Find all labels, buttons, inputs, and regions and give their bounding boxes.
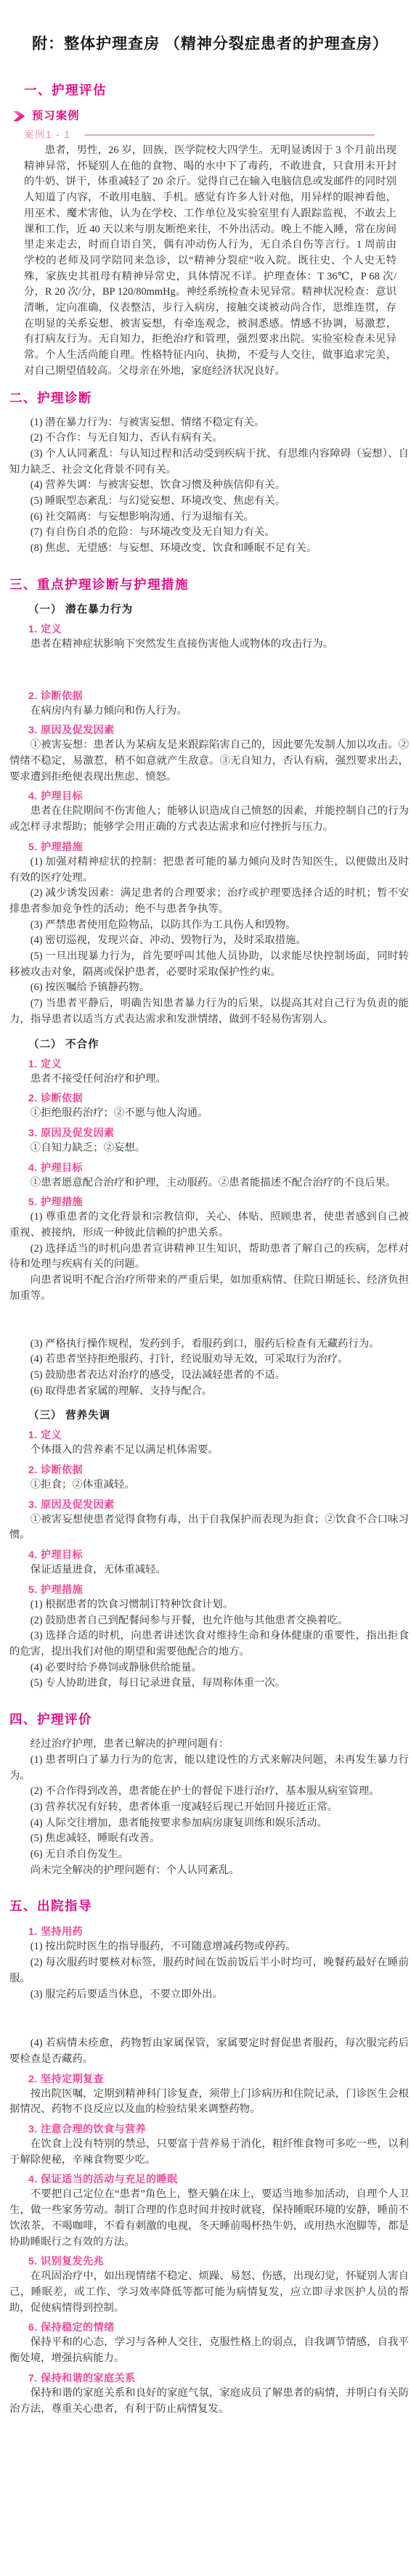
paragraph: 在巩固治疗中，如出现情绪不稳定、烦躁、易怒、伤感，出现幻觉，怀疑别人害自己，睡眠… <box>9 2269 409 2316</box>
subsection-heading: （三） 营养失调 <box>9 1408 409 1424</box>
paragraph: (6) 取得患者家属的理解、支持与配合。 <box>9 1384 409 1400</box>
item-heading: 5. 护理措施 <box>9 1581 409 1597</box>
paragraph: 患者在精神症状影响下突然发生直接伤害他人或物体的攻击行为。 <box>9 637 409 653</box>
paragraph: (8) 焦虑、无望感：与妄想、环境改变、饮食和睡眠不足有关。 <box>9 541 409 557</box>
page-1: 附：整体护理查房 （精神分裂症患者的护理查房）一、护理评估预习案例案例1 - 1… <box>0 0 411 380</box>
paragraph: 不要把自己定位在“患者”角色上，整天躺在床上，要适当地参加活动，自理个人卫生，做… <box>9 2187 409 2250</box>
paragraph: (7) 有自伤自杀的危险：与环境改变及无自知力有关。 <box>9 525 409 541</box>
section-heading: 二、护理诊断 <box>9 389 409 407</box>
paragraph: (3) 营养状况有好转，患者体重一度减轻后现已开始回升接近正常。 <box>9 1800 409 1816</box>
paragraph: 保证适量进食，无体重减轻。 <box>9 1562 409 1578</box>
page-break-gap <box>9 2002 409 2036</box>
item-heading: 1. 坚持用药 <box>9 1923 409 1939</box>
item-heading: 3. 注意合理的饮食与营养 <box>9 2121 409 2137</box>
paragraph: (4) 若患者坚持拒绝服药、打针，经说服劝导无效，可采取行为治疗。 <box>9 1352 409 1368</box>
paragraph: (7) 当患者平静后，明确告知患者暴力行为的后果，以提高其对自己行为负责的能力，… <box>9 996 409 1027</box>
paragraph: (2) 选择适当的时机向患者宣讲精神卫生知识，帮助患者了解自己的疾病，怎样对待和… <box>9 1242 409 1273</box>
page-break-gap <box>9 1305 409 1337</box>
paragraph: 患者不接受任何治疗和护理。 <box>9 1072 409 1088</box>
item-heading: 2. 诊断依据 <box>9 688 409 704</box>
paragraph: (4) 营养失调：与被害妄想、饮食习惯及种族信仰有关。 <box>9 478 409 494</box>
paragraph: (2) 不合作：与无自知力、否认有病有关。 <box>9 431 409 447</box>
case-label: 预习案例 <box>32 110 80 123</box>
paragraph: (4) 必要时给予鼻饲或静脉供给能量。 <box>9 1660 409 1676</box>
paragraph: 患者，男性，26 岁，回族，医学院校大四学生。无明显诱因于 3 个月前出现精神异… <box>24 143 396 380</box>
paragraph: ①自知力缺乏；②妄想。 <box>9 1141 409 1157</box>
item-heading: 3. 原因及促发因素 <box>9 722 409 738</box>
paragraph: 在饮食上没有特别的禁忌，只要富于营养易于消化，粗纤维食物可多吃一些，以利于解除便… <box>9 2137 409 2168</box>
paragraph: (1) 潜在暴力行为：与被害妄想、情绪不稳定有关。 <box>9 415 409 431</box>
paragraph: (6) 社交隔离：与妄想影响沟通、行为退缩有关。 <box>9 510 409 526</box>
item-heading: 3. 原因及促发因素 <box>9 1125 409 1141</box>
item-heading: 1. 定义 <box>9 621 409 637</box>
item-heading: 2. 坚持定期复查 <box>9 2071 409 2087</box>
item-heading: 5. 护理措施 <box>9 839 409 855</box>
paragraph: (1) 根据患者的饮食习惯制订特种饮食计划。 <box>9 1597 409 1613</box>
paragraph: (3) 服完药后要适当休息，不要立即外出。 <box>9 1987 409 2003</box>
paragraph: (6) 按医嘱给予镇静药物。 <box>9 980 409 996</box>
item-heading: 5. 识别复发先兆 <box>9 2253 409 2269</box>
paragraph: (4) 若病情未痊愈，药物暂由家属保管，家属要定时督促患者服药，每次服完药后要检… <box>9 2036 409 2067</box>
item-heading: 4. 护理目标 <box>9 1546 409 1562</box>
case-number-row: 案例1 - 1 <box>24 129 396 141</box>
arrow-right-icon <box>13 111 25 121</box>
paragraph: (5) 焦虑减轻、睡眠有改善。 <box>9 1831 409 1847</box>
paragraph: ①拒绝服药治疗；②不愿与他人沟通。 <box>9 1106 409 1122</box>
paragraph: (4) 人际交往增加，患者能按要求参加病房康复训练和娱乐活动。 <box>9 1816 409 1832</box>
paragraph: 在病房内有暴力倾向和伤人行为。 <box>9 704 409 720</box>
paragraph: 患者在住院期间不伤害他人；能够认识造成自己愤怒的因素，并能控制自己的行为或怎样寻… <box>9 804 409 835</box>
paragraph: (3) 严格执行操作规程，发药到手，看服药到口，服药后检查有无藏药行为。 <box>9 1337 409 1353</box>
case-number: 案例1 - 1 <box>24 129 71 141</box>
subsection-heading: （一） 潜在暴力行为 <box>9 602 409 618</box>
paragraph: (3) 个人认同紊乱：与认知过程和活动受到疾病干扰、有思维内容障碍（妄想）、自知… <box>9 447 409 478</box>
paragraph: (1) 按出院时医生的指导服药，不可随意增减药物或停药。 <box>9 1939 409 1955</box>
paragraph: ①被害妄想：患者认为某病友是来跟踪陷害自己的，因此要先发制人加以攻击。②情绪不稳… <box>9 738 409 785</box>
paragraph: (2) 不合作得到改善，患者能在护士的督促下进行治疗，基本服从病室管理。 <box>9 1784 409 1800</box>
paragraph: 保持平和的心态，学习与各种人交往，克服性格上的弱点，自我调节情感，自我平衡处境，… <box>9 2335 409 2366</box>
section-heading: 四、护理评价 <box>9 1711 409 1728</box>
paragraph: ①被害妄想使患者觉得食物有毒，出于自我保护而表现为拒食；②饮食不合口味习惯。 <box>9 1512 409 1544</box>
item-heading: 1. 定义 <box>9 1056 409 1072</box>
paragraph: (2) 减少诱发因素：满足患者的合理要求；治疗或护理要选择合适的时机；暂不安排患… <box>9 886 409 917</box>
paragraph: (5) 一旦出现暴力行为，首先要呼叫其他人员协助，以求能尽快控制场面，同时转移被… <box>9 949 409 980</box>
item-heading: 3. 原因及促发因素 <box>9 1496 409 1512</box>
item-heading: 2. 诊断依据 <box>9 1090 409 1106</box>
paragraph: (3) 严禁患者使用危险物品，以防其作为工具伤人和毁物。 <box>9 918 409 934</box>
paragraph: 向患者说明不配合治疗所带来的严重后果，如加重病情、住院日期延长、经济负担加重等。 <box>9 1273 409 1304</box>
item-heading: 4. 护理目标 <box>9 788 409 804</box>
item-heading: 4. 保证适当的活动与充足的睡眠 <box>9 2171 409 2187</box>
paragraph: (4) 密切巡视，发现兴奋、冲动、毁物行为，及时采取措施。 <box>9 933 409 949</box>
item-heading: 1. 定义 <box>9 1427 409 1443</box>
paragraph: (1) 加强对精神症状的控制：把患者可能的暴力倾向及时告知医生，以便做出及时有效… <box>9 855 409 886</box>
page-2: 二、护理诊断(1) 潜在暴力行为：与被害妄想、情绪不稳定有关。(2) 不合作：与… <box>0 389 411 2418</box>
doc-title: 附：整体护理查房 （精神分裂症患者的护理查房） <box>24 33 396 55</box>
paragraph: (2) 每次服药时要核对标签，服药时间在饭前饭后半小时均可，晚餐药最好在睡前服。 <box>9 1955 409 1986</box>
preview-case-row: 预习案例 <box>13 110 396 123</box>
item-heading: 4. 护理目标 <box>9 1159 409 1175</box>
paragraph: (1) 患者明白了暴力行为的危害，能以建设性的方式来解决问题，未再发生暴力行为。 <box>9 1753 409 1784</box>
paragraph: (2) 鼓励患者自己到配餐间参与开餐，也允许他与其他患者交换着吃。 <box>9 1613 409 1629</box>
paragraph: ①患者愿意配合治疗和护理，主动服药。②患者能描述不配合治疗的不良后果。 <box>9 1175 409 1191</box>
paragraph: (1) 尊重患者的文化背景和宗教信仰，关心、体贴、照顾患者，使患者感到自己被重视… <box>9 1210 409 1241</box>
paragraph: (5) 鼓励患者表达对治疗的感受，设法减轻患者的不适。 <box>9 1368 409 1384</box>
paragraph: ①拒食；②体重减轻。 <box>9 1477 409 1493</box>
page-break-gap <box>9 653 409 685</box>
item-heading: 7. 保持和谐的家庭关系 <box>9 2370 409 2386</box>
paragraph: 尚未完全解决的护理问题有：个人认同紊乱。 <box>9 1863 409 1879</box>
paragraph: 个体摄入的营养素不足以满足机体需要。 <box>9 1443 409 1459</box>
paragraph: (6) 无自杀自伤发生。 <box>9 1847 409 1863</box>
paragraph: (5) 睡眠型态紊乱：与幻觉妄想、环境改变、焦虑有关。 <box>9 494 409 510</box>
paragraph: 保持和谐的家庭关系和良好的家庭气氛，家庭成员了解患者的病情，并明白有关防治方法，… <box>9 2386 409 2417</box>
document: 附：整体护理查房 （精神分裂症患者的护理查房）一、护理评估预习案例案例1 - 1… <box>0 0 411 2417</box>
paragraph: (3) 选择合适的时机，向患者讲述饮食对维持生命和身体健康的重要性，指出拒食的危… <box>9 1629 409 1660</box>
paragraph: (5) 专人协助进食，每日记录进食量，每周称体重一次。 <box>9 1676 409 1692</box>
subsection-heading: （二） 不合作 <box>9 1037 409 1053</box>
section-heading: 五、出院指导 <box>9 1897 409 1915</box>
paragraph: 按出院医嘱，定期到精神科门诊复查，须带上门诊病历和住院记录，门诊医生会根据情况、… <box>9 2087 409 2118</box>
section-heading: 一、护理评估 <box>24 81 396 99</box>
paragraph: 经过治疗护理，患者已解决的护理问题有： <box>9 1737 409 1753</box>
item-heading: 2. 诊断依据 <box>9 1462 409 1477</box>
item-heading: 5. 护理措施 <box>9 1194 409 1210</box>
section-heading: 三、重点护理诊断与护理措施 <box>9 576 409 593</box>
item-heading: 6. 保持稳定的情绪 <box>9 2319 409 2335</box>
case-rule-line <box>84 134 375 136</box>
